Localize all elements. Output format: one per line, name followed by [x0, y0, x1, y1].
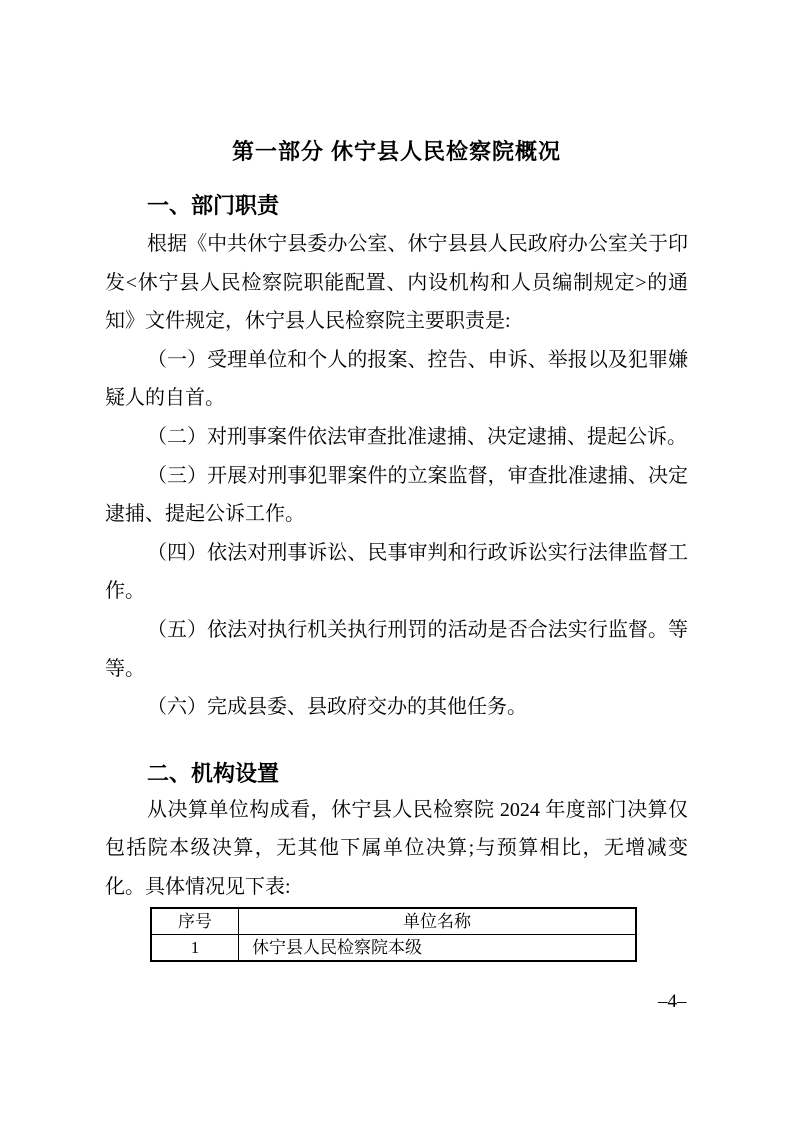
table-cell-unit-name: 休宁县人民检察院本级: [239, 934, 637, 961]
units-table: 序号 单位名称 1 休宁县人民检察院本级: [150, 907, 637, 962]
paragraph-duty-3: （三）开展对刑事犯罪案件的立案监督，审查批准逮捕、决定逮捕、提起公诉工作。: [105, 457, 688, 534]
section-2-heading: 二、机构设置: [105, 760, 688, 788]
paragraph-duty-2: （二）对刑事案件依法审查批准逮捕、决定逮捕、提起公诉。: [105, 418, 688, 457]
table-header-serial: 序号: [151, 908, 239, 935]
table-header-unit-name: 单位名称: [239, 908, 637, 935]
paragraph-duty-6: （六）完成县委、县政府交办的其他任务。: [105, 688, 688, 727]
paragraph-org-setup: 从决算单位构成看，休宁县人民检察院 2024 年度部门决算仅包括院本级决算，无其…: [105, 791, 688, 907]
document-title: 第一部分 休宁县人民检察院概况: [105, 138, 688, 166]
document-content: 第一部分 休宁县人民检察院概况 一、部门职责 根据《中共休宁县委办公室、休宁县县…: [105, 0, 688, 962]
paragraph-duty-4: （四）依法对刑事诉讼、民事审判和行政诉讼实行法律监督工作。: [105, 534, 688, 611]
table-cell-serial: 1: [151, 934, 239, 961]
paragraph-duty-1: （一）受理单位和个人的报案、控告、申诉、举报以及犯罪嫌疑人的自首。: [105, 341, 688, 418]
table-row: 1 休宁县人民检察院本级: [151, 934, 636, 961]
page-number: –4–: [658, 990, 687, 1014]
section-1-heading: 一、部门职责: [105, 192, 688, 220]
section-1-body: 根据《中共休宁县委办公室、休宁县县人民政府办公室关于印发<休宁县人民检察院职能配…: [105, 225, 688, 727]
paragraph-duty-5: （五）依法对执行机关执行刑罚的活动是否合法实行监督。等等。: [105, 611, 688, 688]
table-header-row: 序号 单位名称: [151, 908, 636, 935]
document-page: 第一部分 休宁县人民检察院概况 一、部门职责 根据《中共休宁县委办公室、休宁县县…: [0, 0, 793, 1122]
section-2-body: 从决算单位构成看，休宁县人民检察院 2024 年度部门决算仅包括院本级决算，无其…: [105, 791, 688, 907]
paragraph-intro: 根据《中共休宁县委办公室、休宁县县人民政府办公室关于印发<休宁县人民检察院职能配…: [105, 225, 688, 341]
